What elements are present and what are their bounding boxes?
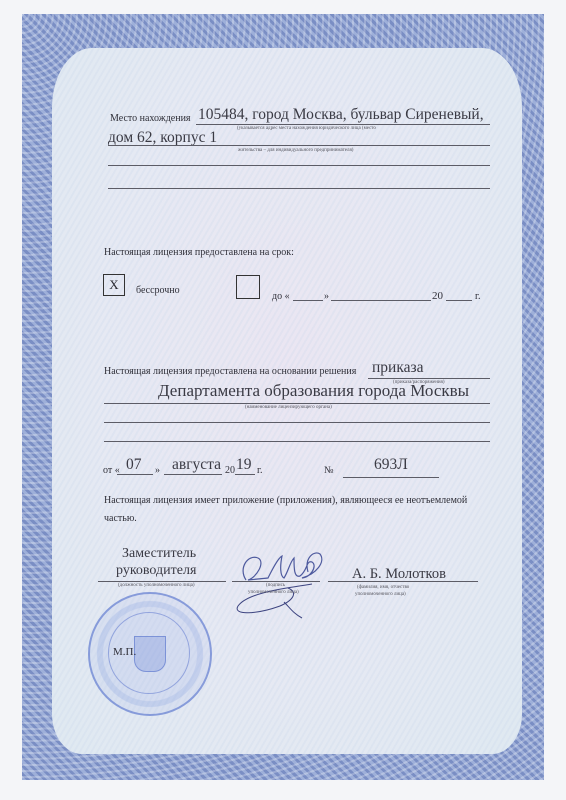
location-hint-2: жительства – для индивидуального предпри… [238, 148, 353, 153]
until-suffix: г. [475, 291, 480, 302]
until-month-blank[interactable] [331, 300, 431, 301]
moscow-coat-of-arms-icon [134, 636, 166, 672]
location-label: Место нахождения [110, 113, 191, 124]
basis-label: Настоящая лицензия предоставлена на осно… [104, 366, 356, 377]
appendix-note-line2: частью. [104, 513, 137, 524]
location-hint-1: (указывается адрес места нахождения юрид… [237, 126, 376, 131]
signer-position-line2: руководителя [116, 563, 196, 579]
signer-position-line1: Заместитель [122, 546, 196, 562]
authority-value: Департамента образования города Москвы [158, 381, 469, 401]
appendix-note-line1: Настоящая лицензия имеет приложение (при… [104, 495, 467, 506]
option-unlimited-label: бессрочно [136, 285, 180, 296]
position-hint: (должность уполномоченного лица) [118, 583, 195, 588]
number-underline [343, 477, 439, 478]
term-label: Настоящая лицензия предоставлена на срок… [104, 247, 294, 258]
date-day-underline [117, 474, 153, 475]
signature-underline [232, 581, 320, 582]
checkbox-unlimited[interactable]: X [103, 274, 125, 296]
blank-line-2 [104, 441, 490, 442]
number-label: № [324, 465, 334, 476]
checkbox-until[interactable] [236, 275, 260, 299]
location-underline-2 [108, 145, 490, 146]
location-underline-3 [108, 165, 490, 166]
until-year-prefix: 20 [432, 290, 443, 302]
authority-hint: (наименование лицензирующего органа) [245, 405, 332, 410]
until-year-blank[interactable] [446, 300, 472, 301]
handwritten-signature [228, 548, 338, 628]
until-mid: » [324, 291, 329, 302]
date-year-prefix: 20 [225, 465, 235, 476]
signature-hint-1: (подпись [266, 583, 285, 588]
authority-underline [104, 403, 490, 404]
name-hint-1: (фамилия, имя, отчество [357, 585, 409, 590]
decision-type: приказа [372, 359, 424, 377]
blank-line-1 [104, 422, 490, 423]
date-year-underline [235, 474, 255, 475]
stamp-label: М.П. [113, 646, 136, 658]
until-day-blank[interactable] [293, 300, 323, 301]
date-day: 07 [126, 456, 142, 474]
date-year-suffix: 19 [236, 456, 252, 474]
signature-hint-2: уполномоченного лица) [248, 590, 299, 595]
date-month: августа [172, 456, 221, 474]
location-underline-1 [196, 124, 490, 125]
decision-underline [368, 378, 490, 379]
location-value-line1: 105484, город Москва, бульвар Сиреневый, [198, 106, 484, 124]
date-year-unit: г. [257, 465, 262, 476]
name-underline [328, 581, 478, 582]
until-prefix: до « [272, 291, 290, 302]
license-number: 693Л [374, 456, 408, 474]
date-month-underline [164, 474, 222, 475]
position-underline [98, 581, 226, 582]
date-day-close: » [155, 465, 160, 476]
name-hint-2: уполномоченного лица) [355, 592, 406, 597]
location-underline-4 [108, 188, 490, 189]
